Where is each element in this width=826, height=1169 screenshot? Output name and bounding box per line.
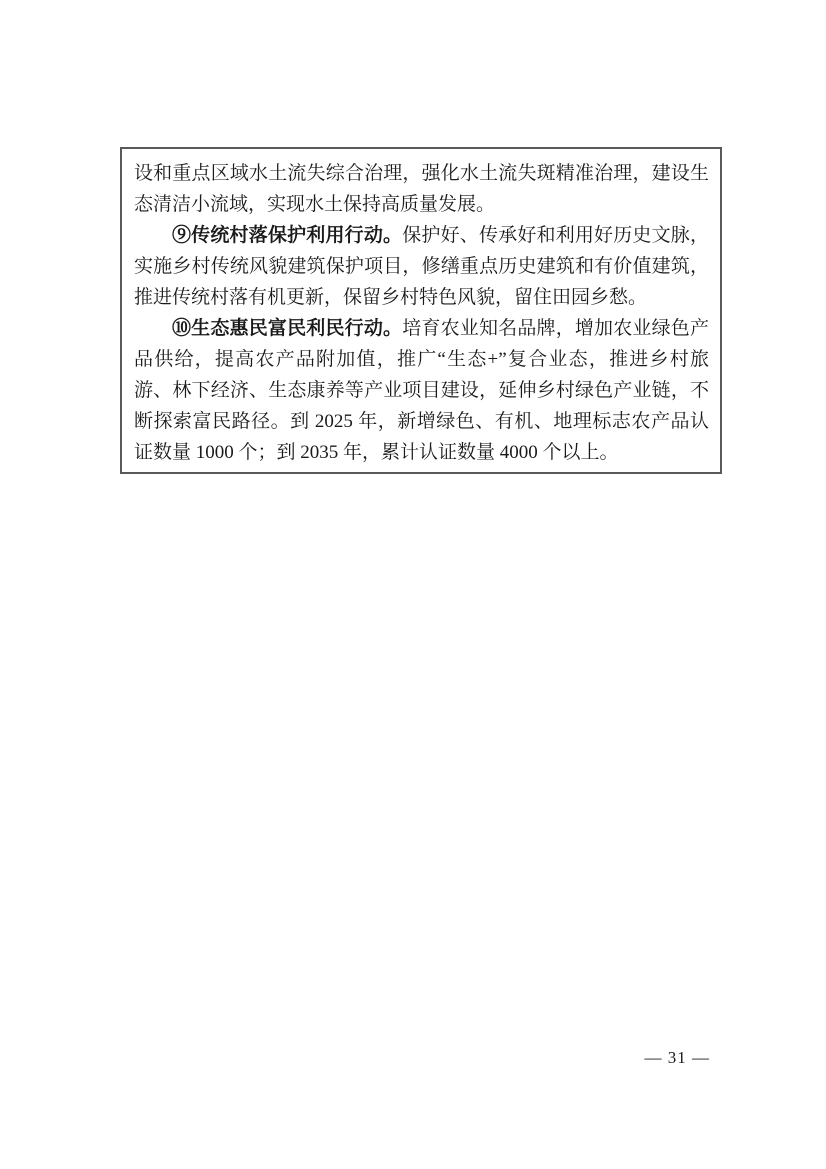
page-number: — 31 — [0, 1048, 710, 1068]
paragraph-text: 设和重点区域水土流失综合治理，强化水土流失斑精准治理，建设生态清洁小流域，实现水… [134, 163, 709, 215]
content-box: 设和重点区域水土流失综合治理，强化水土流失斑精准治理，建设生态清洁小流域，实现水… [120, 147, 722, 474]
action-10-body: 培育农业知名品牌，增加农业绿色产品供给，提高农产品附加值，推广“生态+”复合业态… [134, 318, 709, 463]
action-10-heading: ⑩生态惠民富民利民行动。 [172, 318, 402, 339]
paragraph-action-10: ⑩生态惠民富民利民行动。培育农业知名品牌，增加农业绿色产品供给，提高农产品附加值… [134, 313, 709, 468]
document-page: 设和重点区域水土流失综合治理，强化水土流失斑精准治理，建设生态清洁小流域，实现水… [0, 0, 826, 1169]
paragraph-continuation: 设和重点区域水土流失综合治理，强化水土流失斑精准治理，建设生态清洁小流域，实现水… [134, 158, 709, 220]
paragraph-action-9: ⑨传统村落保护利用行动。保护好、传承好和利用好历史文脉，实施乡村传统风貌建筑保护… [134, 220, 709, 313]
action-9-heading: ⑨传统村落保护利用行动。 [172, 225, 402, 246]
